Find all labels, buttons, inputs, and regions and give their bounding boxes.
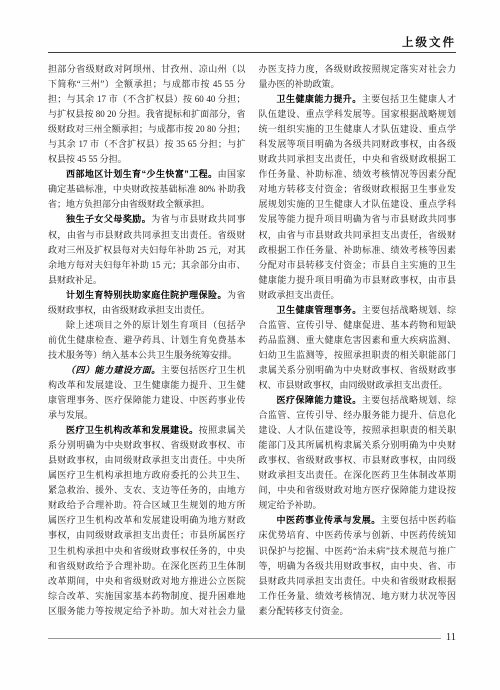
- paragraph-lead: 医疗卫生机构改革和发展建设。: [66, 425, 199, 435]
- paragraph: 除上述项目之外的原计划生育项目（包括孕前优生健康检查、避孕药具、计划生育免费基本…: [48, 318, 246, 363]
- header-title: 上级文件: [402, 34, 456, 52]
- paragraph: 医疗保障能力建设。主要包括战略规划、综合监管、宣传引导、经办服务能力提升、信息化…: [259, 393, 457, 513]
- paragraph: （四）能力建设方面。主要包括医疗卫生机构改革和发展建设、卫生健康能力提升、卫生健…: [48, 363, 246, 423]
- paragraph: 卫生健康能力提升。主要包括卫生健康人才队伍建设、重点学科发展等。国家根据战略规划…: [259, 92, 457, 303]
- paragraph: 独生子女父母奖励。为省与市县财政共同事权，由省与市县财政共同承担支出责任。省级财…: [48, 212, 246, 287]
- paragraph: 计划生育特别扶助家庭住院护理保险。为省级财政事权，由省级财政承担支出责任。: [48, 288, 246, 318]
- paragraph: 中医药事业传承与发展。主要包括中医药临床优势培育、中医药传承与创新、中医药传统知…: [259, 513, 457, 618]
- paragraph-lead: 卫生健康能力提升。: [277, 94, 362, 104]
- paragraph-lead: 西部地区计划生育“少生快富”工程。: [66, 169, 218, 179]
- paragraph: 卫生健康管理事务。主要包括战略规划、综合监管、宣传引导、健康促进、基本药物和短缺…: [259, 303, 457, 393]
- page-header: 上级文件: [48, 30, 456, 53]
- paragraph-lead: 医疗保障能力建设。: [277, 395, 362, 405]
- page-number: 11: [446, 632, 456, 644]
- footer-rule: [48, 638, 441, 639]
- paragraph-lead: 独生子女父母奖励。: [66, 214, 151, 224]
- paragraph: 西部地区计划生育“少生快富”工程。由国家确定基础标准，中央财政按基础标准 80%…: [48, 167, 246, 212]
- paragraph: 担部分省级财政对阿坝州、甘孜州、凉山州（以下简称“三州”）全额承担；与成都市按 …: [48, 62, 246, 167]
- paragraph-lead: 中医药事业传承与发展。: [277, 515, 381, 525]
- article-body: 担部分省级财政对阿坝州、甘孜州、凉山州（以下简称“三州”）全额承担；与成都市按 …: [48, 62, 456, 634]
- document-page: 上级文件 担部分省级财政对阿坝州、甘孜州、凉山州（以下简称“三州”）全额承担；与…: [0, 0, 500, 690]
- page-footer: 11: [48, 632, 456, 644]
- paragraph-lead: （四）能力建设方面。: [66, 365, 161, 375]
- paragraph-lead: 卫生健康管理事务。: [277, 305, 362, 315]
- paragraph-lead: 计划生育特别扶助家庭住院护理保险。: [66, 290, 227, 300]
